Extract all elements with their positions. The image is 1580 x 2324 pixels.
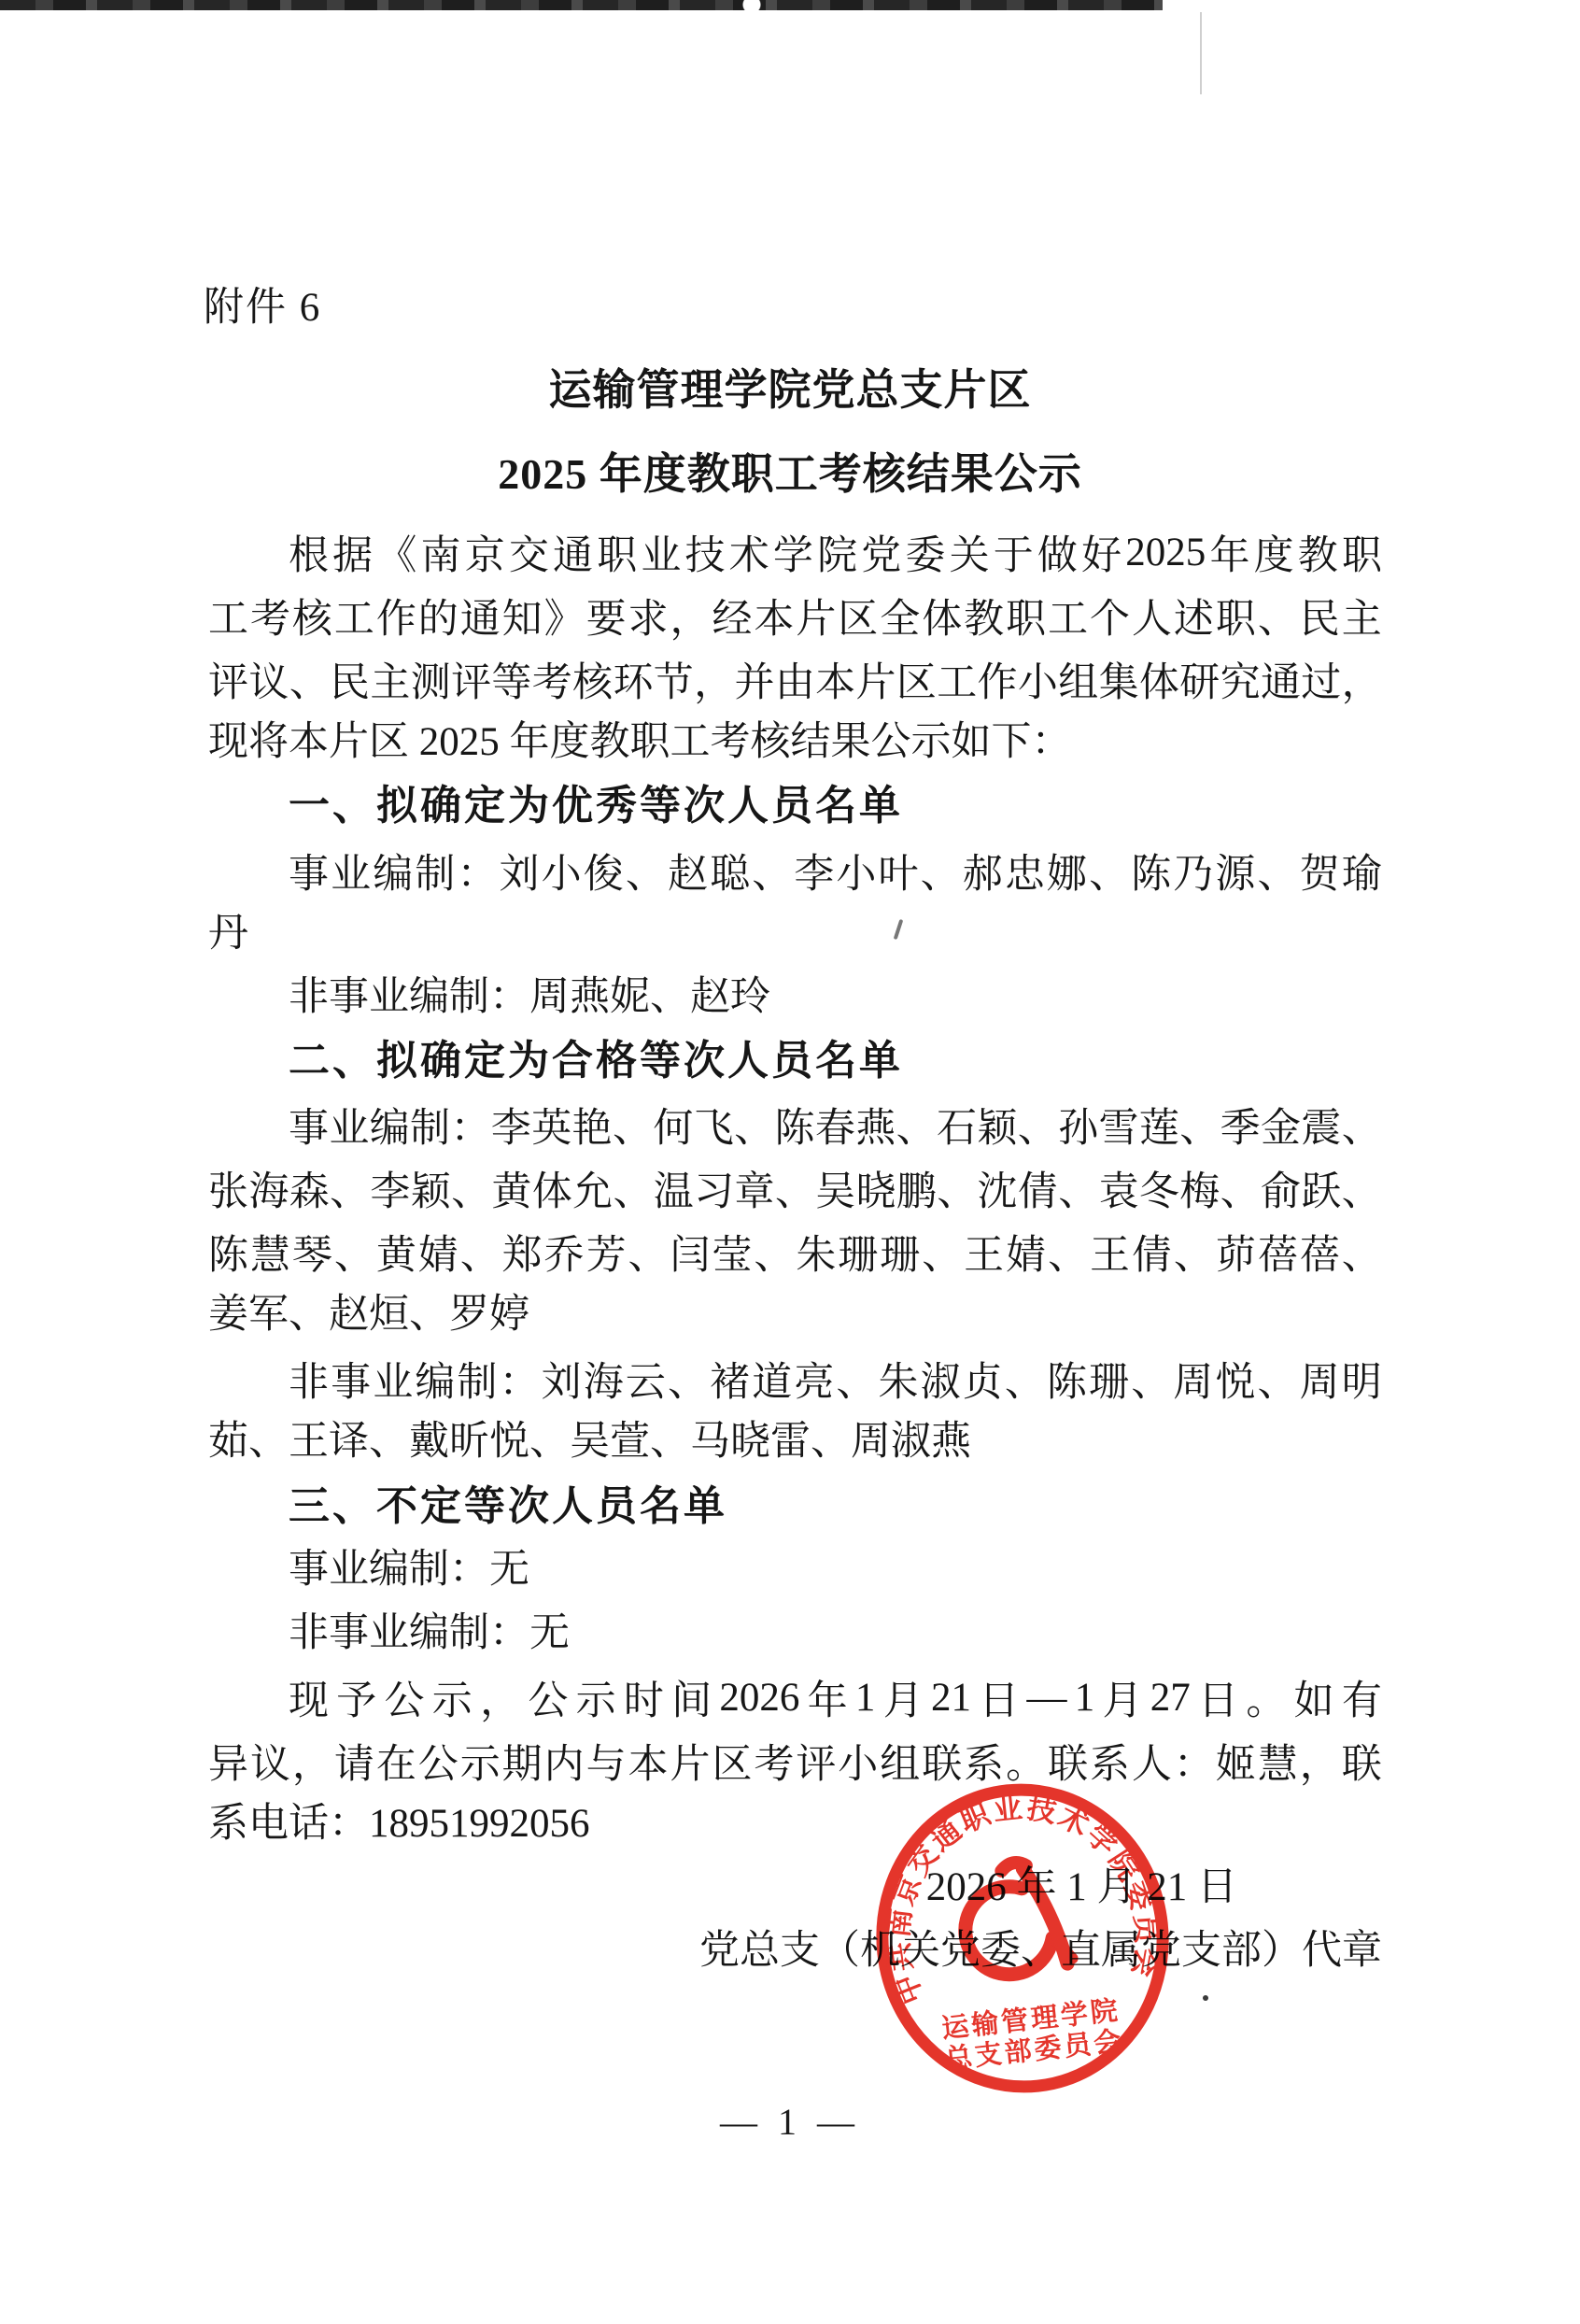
section-2-heading: 二、拟确定为合格等次人员名单 [208, 1029, 1382, 1093]
document-title-line-1: 运输管理学院党总支片区 [0, 366, 1580, 415]
hammer-and-sickle-icon [959, 1858, 1074, 1979]
section-1-heading: 一、拟确定为优秀等次人员名单 [208, 774, 1382, 838]
excellent-staff-line-2: 丹 [208, 902, 1382, 966]
para-notice-line-1: 现予公示，公示时间2026年1月21日—1月27日。如有 [208, 1665, 1382, 1729]
ungraded-staff-line: 事业编制：无 [208, 1538, 1382, 1602]
para-notice-line-3: 系电话：18951992056 [208, 1793, 1382, 1856]
scan-artifact-speck [1203, 1995, 1208, 2001]
para-notice-line-2: 异议，请在公示期内与本片区考评小组联系。联系人：姬慧，联 [208, 1729, 1382, 1793]
para-intro-line-2: 工考核工作的通知》要求，经本片区全体教职工个人述职、民主 [208, 584, 1382, 647]
para-intro-line-3: 评议、民主测评等考核环节，并由本片区工作小组集体研究通过， [208, 647, 1382, 711]
qualified-staff-line-1: 事业编制：李英艳、何飞、陈春燕、石颖、孙雪莲、季金震、 [208, 1093, 1382, 1156]
page-number: — 1 — [0, 2096, 1580, 2148]
excellent-nonstaff-line: 非事业编制：周燕妮、赵玲 [208, 966, 1382, 1029]
section-3-heading: 三、不定等次人员名单 [208, 1475, 1382, 1538]
qualified-staff-line-3: 陈慧琴、黄婧、郑乔芳、闫莹、朱珊珊、王婧、王倩、茆蓓蓓、 [208, 1220, 1382, 1283]
official-seal: 中共南京交通职业技术学院委员会 运输管理学院 总支部委员会 [871, 1778, 1174, 2098]
scan-artifact-vertical-line [1200, 12, 1202, 94]
scan-artifact-top-strip [0, 0, 1163, 10]
document-title-line-2: 2025 年度教职工考核结果公示 [0, 450, 1580, 499]
attachment-label: 附件 6 [204, 284, 321, 333]
para-intro-line-4: 现将本片区 2025 年度教职工考核结果公示如下： [208, 711, 1382, 774]
excellent-staff-line-1: 事业编制：刘小俊、赵聪、李小叶、郝忠娜、陈乃源、贺瑜 [208, 839, 1382, 902]
date-line: 2026 年 1 月 21 日 [208, 1856, 1382, 1920]
para-intro-line-1: 根据《南京交通职业技术学院党委关于做好2025年度教职 [208, 520, 1382, 584]
qualified-nonstaff-line-2: 茹、王译、戴昕悦、吴萱、马晓雷、周淑燕 [208, 1410, 1382, 1474]
qualified-nonstaff-line-1: 非事业编制：刘海云、褚道亮、朱淑贞、陈珊、周悦、周明 [208, 1347, 1382, 1410]
ungraded-nonstaff-line: 非事业编制：无 [208, 1602, 1382, 1665]
signature-line: 党总支（机关党委、直属党支部）代章 [208, 1920, 1382, 1983]
qualified-staff-line-2: 张海森、李颖、黄体允、温习章、吴晓鹏、沈倩、袁冬梅、俞跃、 [208, 1156, 1382, 1220]
qualified-staff-line-4: 姜军、赵烜、罗婷 [208, 1283, 1382, 1347]
document-page: 附件 6 运输管理学院党总支片区 2025 年度教职工考核结果公示 根据《南京交… [0, 0, 1580, 2324]
